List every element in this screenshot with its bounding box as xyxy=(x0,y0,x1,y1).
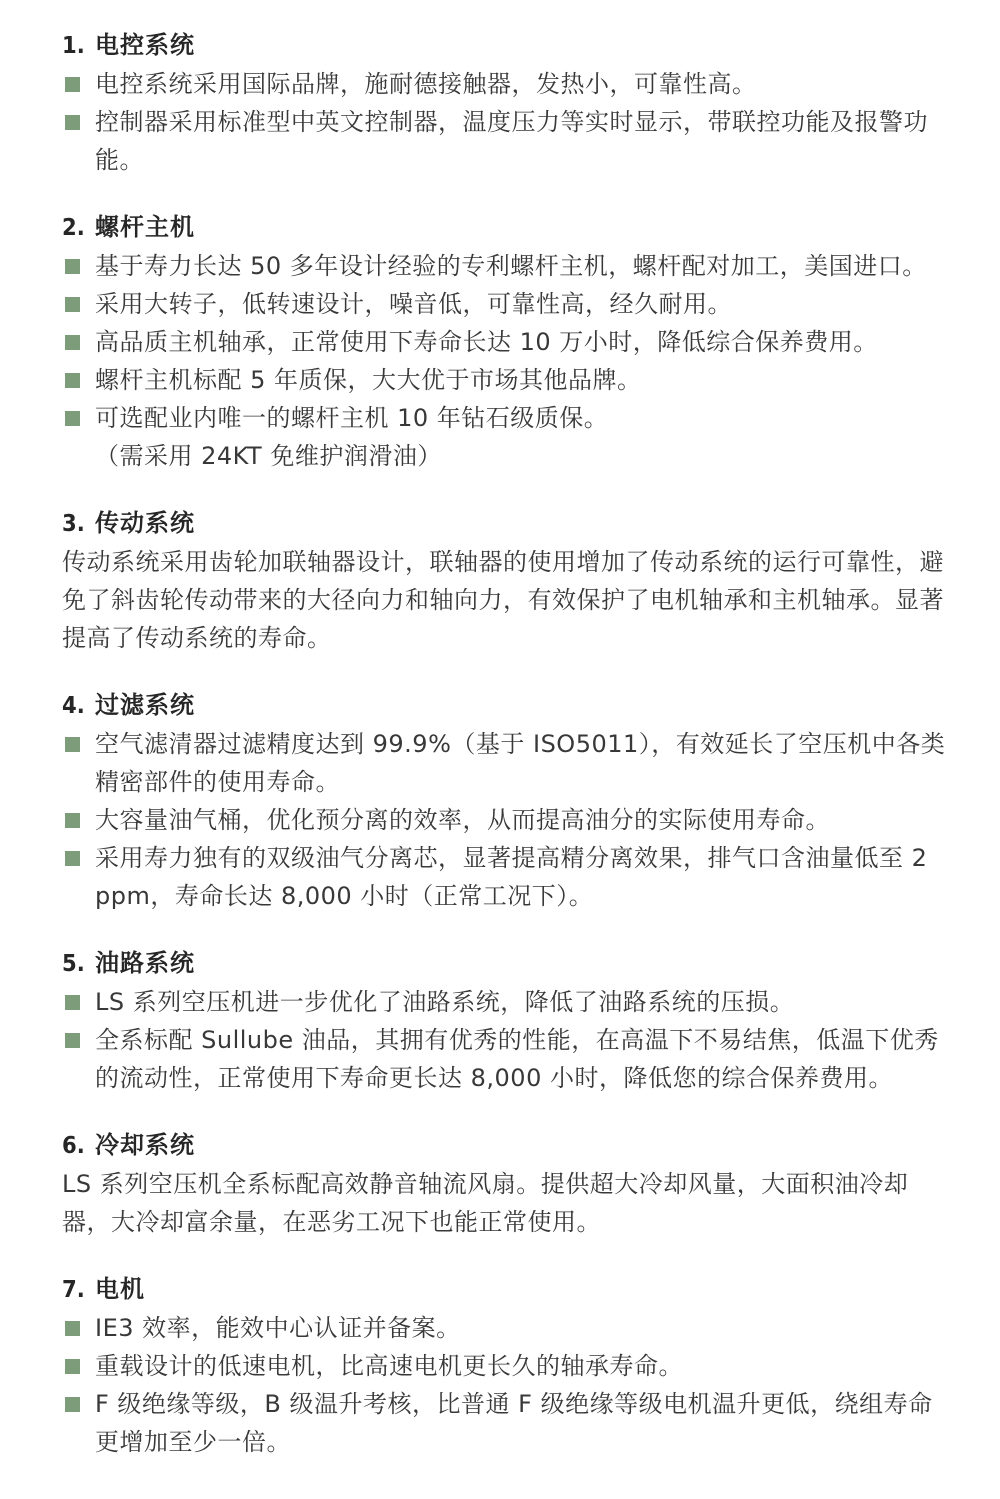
section-heading: 3. 传动系统 xyxy=(62,504,952,543)
bullet-square-icon xyxy=(65,1321,80,1336)
section-heading: 1. 电控系统 xyxy=(62,26,952,65)
bullet-square-icon xyxy=(65,297,80,312)
bullet-square-icon xyxy=(65,851,80,866)
bullet-square-icon xyxy=(65,737,80,752)
bullet-item: 全系标配 Sullube 油品，其拥有优秀的性能，在高温下不易结焦，低温下优秀的… xyxy=(62,1021,952,1097)
bullet-item: 重载设计的低速电机，比高速电机更长久的轴承寿命。 xyxy=(62,1347,952,1385)
bullet-item: 空气滤清器过滤精度达到 99.9%（基于 ISO5011），有效延长了空压机中各… xyxy=(62,725,952,801)
bullet-square-icon xyxy=(65,813,80,828)
section-title: 油路系统 xyxy=(95,944,195,982)
bullet-square-icon xyxy=(65,1397,80,1412)
bullet-item: 螺杆主机标配 5 年质保，大大优于市场其他品牌。 xyxy=(62,361,952,399)
section-cooling-system: 6. 冷却系统 LS 系列空压机全系标配高效静音轴流风扇。提供超大冷却风量，大面… xyxy=(62,1126,952,1241)
bullet-square-icon xyxy=(65,77,80,92)
bullet-text: IE3 效率，能效中心认证并备案。 xyxy=(95,1309,461,1347)
bullet-item: 采用大转子，低转速设计，噪音低，可靠性高，经久耐用。 xyxy=(62,285,952,323)
document-page: 1. 电控系统 电控系统采用国际品牌，施耐德接触器，发热小，可靠性高。 控制器采… xyxy=(62,26,952,1461)
section-title: 电机 xyxy=(95,1270,145,1308)
section-heading: 5. 油路系统 xyxy=(62,944,952,983)
bullet-text: 电控系统采用国际品牌，施耐德接触器，发热小，可靠性高。 xyxy=(95,65,757,103)
section-paragraph: 传动系统采用齿轮加联轴器设计，联轴器的使用增加了传动系统的运行可靠性，避免了斜齿… xyxy=(62,543,952,657)
bullet-text: 采用大转子，低转速设计，噪音低，可靠性高，经久耐用。 xyxy=(95,285,732,323)
bullet-text: 控制器采用标准型中英文控制器，温度压力等实时显示，带联控功能及报警功能。 xyxy=(95,103,947,179)
bullet-text: 螺杆主机标配 5 年质保，大大优于市场其他品牌。 xyxy=(95,361,642,399)
section-motor: 7. 电机 IE3 效率，能效中心认证并备案。 重载设计的低速电机，比高速电机更… xyxy=(62,1270,952,1461)
bullet-list: IE3 效率，能效中心认证并备案。 重载设计的低速电机，比高速电机更长久的轴承寿… xyxy=(62,1309,952,1461)
bullet-text: 大容量油气桶，优化预分离的效率，从而提高油分的实际使用寿命。 xyxy=(95,801,830,839)
section-number: 3. xyxy=(62,505,92,543)
bullet-item: 可选配业内唯一的螺杆主机 10 年钻石级质保。 （需采用 24KT 免维护润滑油… xyxy=(62,399,952,475)
section-transmission-system: 3. 传动系统 传动系统采用齿轮加联轴器设计，联轴器的使用增加了传动系统的运行可… xyxy=(62,504,952,657)
bullet-square-icon xyxy=(65,1033,80,1048)
bullet-text: 基于寿力长达 50 多年设计经验的专利螺杆主机，螺杆配对加工，美国进口。 xyxy=(95,247,927,285)
bullet-text: LS 系列空压机进一步优化了油路系统，降低了油路系统的压损。 xyxy=(95,983,794,1021)
section-number: 4. xyxy=(62,687,92,725)
section-oil-circuit-system: 5. 油路系统 LS 系列空压机进一步优化了油路系统，降低了油路系统的压损。 全… xyxy=(62,944,952,1097)
bullet-item: 采用寿力独有的双级油气分离芯，显著提高精分离效果，排气口含油量低至 2 ppm，… xyxy=(62,839,952,915)
section-title: 传动系统 xyxy=(95,504,195,542)
bullet-square-icon xyxy=(65,115,80,130)
bullet-item: LS 系列空压机进一步优化了油路系统，降低了油路系统的压损。 xyxy=(62,983,952,1021)
bullet-item: IE3 效率，能效中心认证并备案。 xyxy=(62,1309,952,1347)
section-paragraph: LS 系列空压机全系标配高效静音轴流风扇。提供超大冷却风量，大面积油冷却器，大冷… xyxy=(62,1165,952,1241)
section-number: 5. xyxy=(62,945,92,983)
bullet-text: F 级绝缘等级，B 级温升考核，比普通 F 级绝缘等级电机温升更低，绕组寿命更增… xyxy=(95,1385,947,1461)
bullet-item: F 级绝缘等级，B 级温升考核，比普通 F 级绝缘等级电机温升更低，绕组寿命更增… xyxy=(62,1385,952,1461)
section-title: 过滤系统 xyxy=(95,686,195,724)
section-number: 6. xyxy=(62,1127,92,1165)
bullet-item: 大容量油气桶，优化预分离的效率，从而提高油分的实际使用寿命。 xyxy=(62,801,952,839)
section-number: 1. xyxy=(62,27,92,65)
bullet-text: 重载设计的低速电机，比高速电机更长久的轴承寿命。 xyxy=(95,1347,683,1385)
bullet-square-icon xyxy=(65,259,80,274)
section-title: 冷却系统 xyxy=(95,1126,195,1164)
section-screw-airend: 2. 螺杆主机 基于寿力长达 50 多年设计经验的专利螺杆主机，螺杆配对加工，美… xyxy=(62,208,952,475)
section-number: 7. xyxy=(62,1271,92,1309)
bullet-text: 高品质主机轴承，正常使用下寿命长达 10 万小时，降低综合保养费用。 xyxy=(95,323,878,361)
bullet-list: 基于寿力长达 50 多年设计经验的专利螺杆主机，螺杆配对加工，美国进口。 采用大… xyxy=(62,247,952,475)
bullet-square-icon xyxy=(65,335,80,350)
section-title: 电控系统 xyxy=(95,26,195,64)
section-heading: 7. 电机 xyxy=(62,1270,952,1309)
bullet-item: 基于寿力长达 50 多年设计经验的专利螺杆主机，螺杆配对加工，美国进口。 xyxy=(62,247,952,285)
bullet-square-icon xyxy=(65,373,80,388)
bullet-text: 空气滤清器过滤精度达到 99.9%（基于 ISO5011），有效延长了空压机中各… xyxy=(95,725,947,801)
section-filtration-system: 4. 过滤系统 空气滤清器过滤精度达到 99.9%（基于 ISO5011），有效… xyxy=(62,686,952,915)
bullet-list: 电控系统采用国际品牌，施耐德接触器，发热小，可靠性高。 控制器采用标准型中英文控… xyxy=(62,65,952,179)
section-number: 2. xyxy=(62,209,92,247)
section-electric-control-system: 1. 电控系统 电控系统采用国际品牌，施耐德接触器，发热小，可靠性高。 控制器采… xyxy=(62,26,952,179)
section-heading: 4. 过滤系统 xyxy=(62,686,952,725)
bullet-item: 高品质主机轴承，正常使用下寿命长达 10 万小时，降低综合保养费用。 xyxy=(62,323,952,361)
section-title: 螺杆主机 xyxy=(95,208,195,246)
bullet-text: 可选配业内唯一的螺杆主机 10 年钻石级质保。 （需采用 24KT 免维护润滑油… xyxy=(95,399,608,475)
bullet-text: 全系标配 Sullube 油品，其拥有优秀的性能，在高温下不易结焦，低温下优秀的… xyxy=(95,1021,947,1097)
section-heading: 6. 冷却系统 xyxy=(62,1126,952,1165)
bullet-square-icon xyxy=(65,1359,80,1374)
bullet-square-icon xyxy=(65,411,80,426)
bullet-item: 电控系统采用国际品牌，施耐德接触器，发热小，可靠性高。 xyxy=(62,65,952,103)
bullet-list: LS 系列空压机进一步优化了油路系统，降低了油路系统的压损。 全系标配 Sull… xyxy=(62,983,952,1097)
section-heading: 2. 螺杆主机 xyxy=(62,208,952,247)
bullet-square-icon xyxy=(65,995,80,1010)
bullet-text: 采用寿力独有的双级油气分离芯，显著提高精分离效果，排气口含油量低至 2 ppm，… xyxy=(95,839,947,915)
bullet-list: 空气滤清器过滤精度达到 99.9%（基于 ISO5011），有效延长了空压机中各… xyxy=(62,725,952,915)
bullet-item: 控制器采用标准型中英文控制器，温度压力等实时显示，带联控功能及报警功能。 xyxy=(62,103,952,179)
